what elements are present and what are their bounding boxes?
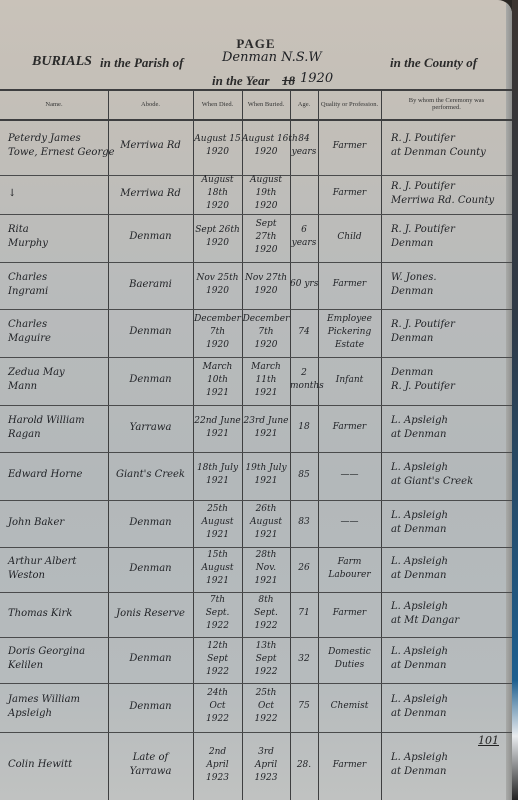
profession-line: Chemist (318, 701, 381, 711)
name-line: Kelilen (0, 660, 108, 671)
cell-abode: Giant's Creek (108, 452, 193, 500)
cell-ceremony: R. J. PoutiferDenman (381, 214, 512, 262)
profession-line: Farmer (318, 141, 381, 151)
burial-entry-row: Doris GeorginaKelilenDenman12thSept19221… (0, 637, 512, 683)
cell-ceremony: DenmanR. J. Poutifer (381, 357, 512, 405)
age-line: months (290, 381, 318, 391)
buried-line: 26th (242, 504, 290, 514)
profession-line: —— (318, 470, 381, 480)
cell-buried: December7th1920 (242, 309, 290, 357)
cell-abode: Jonis Reserve (108, 592, 193, 637)
age-line: years (290, 147, 318, 157)
age-line: 18 (290, 422, 318, 432)
ceremony-line: L. Apsleigh (381, 752, 512, 763)
ceremony-line: R. J. Poutifer (381, 133, 512, 144)
burial-entry-row: Harold WilliamRaganYarrawa22nd June19212… (0, 405, 512, 452)
cell-ceremony: L. Apsleighat Denman (381, 500, 512, 547)
profession-line: Farmer (318, 760, 381, 770)
died-line: 25th (193, 504, 242, 514)
abode-line: Merriwa Rd (108, 188, 193, 199)
cell-age: 83 (290, 500, 318, 547)
buried-line: April (242, 760, 290, 770)
profession-line: Child (318, 232, 381, 242)
year-label: in the Year (212, 73, 270, 89)
cell-age: 85 (290, 452, 318, 500)
name-line: Weston (0, 570, 108, 581)
died-line: Nov 25th (193, 273, 242, 283)
age-line: years (290, 238, 318, 248)
profession-line: —— (318, 517, 381, 527)
abode-line: Denman (108, 563, 193, 574)
buried-line: 1921 (242, 388, 290, 398)
burial-entry-row: CharlesMaguireDenmanDecember7th1920Decem… (0, 309, 512, 357)
cell-name: Thomas Kirk (0, 592, 108, 637)
cell-profession: —— (318, 452, 381, 500)
cell-profession: Farmer (318, 262, 381, 309)
abode-line: Baerami (108, 279, 193, 290)
name-line: Murphy (0, 238, 108, 249)
ceremony-line: R. J. Poutifer (381, 319, 512, 330)
died-line: 1921 (193, 576, 242, 586)
died-line: 7th (193, 327, 242, 337)
header-col-when-died: When Died. (193, 89, 242, 119)
buried-line: Oct (242, 701, 290, 711)
buried-line: 1921 (242, 476, 290, 486)
ceremony-line: Merriwa Rd. County (381, 195, 512, 206)
died-line: 1923 (193, 773, 242, 783)
name-line: Harold William (0, 415, 108, 426)
cell-profession: Farmer (318, 732, 381, 800)
buried-line: December (242, 314, 290, 324)
cell-abode: Denman (108, 214, 193, 262)
cell-buried: Nov 27th1920 (242, 262, 290, 309)
abode-line: Denman (108, 517, 193, 528)
cell-died: 7thSept.1922 (193, 592, 242, 637)
name-line: Thomas Kirk (0, 608, 108, 619)
name-line: James William (0, 694, 108, 705)
died-line: 1920 (193, 286, 242, 296)
cell-buried: 3rdApril1923 (242, 732, 290, 800)
ceremony-line: at Giant's Creek (381, 476, 512, 487)
profession-line: Farmer (318, 608, 381, 618)
cell-died: 2ndApril1923 (193, 732, 242, 800)
profession-line: Domestic (318, 647, 381, 657)
header-col-ceremony: By whom the Ceremony was performed. (381, 89, 512, 119)
ceremony-line: L. Apsleigh (381, 510, 512, 521)
cell-age: 60 yrs (290, 262, 318, 309)
died-line: 12th (193, 641, 242, 651)
age-line: 32 (290, 654, 318, 664)
cell-name: CharlesMaguire (0, 309, 108, 357)
name-line: Ragan (0, 429, 108, 440)
cell-profession: Farmer (318, 405, 381, 452)
age-line: 85 (290, 470, 318, 480)
cell-name: Harold WilliamRagan (0, 405, 108, 452)
cell-age: 28. (290, 732, 318, 800)
cell-buried: 19th July1921 (242, 452, 290, 500)
name-line: Arthur Albert (0, 556, 108, 567)
cell-abode: Yarrawa (108, 405, 193, 452)
died-line: 1920 (193, 340, 242, 350)
profession-line: Farmer (318, 422, 381, 432)
ceremony-line: R. J. Poutifer (381, 224, 512, 235)
cell-name: Arthur AlbertWeston (0, 547, 108, 592)
ceremony-line: Denman (381, 333, 512, 344)
cell-died: August 151920 (193, 119, 242, 175)
cell-ceremony: R. J. PoutiferDenman (381, 309, 512, 357)
ceremony-line: L. Apsleigh (381, 462, 512, 473)
buried-line: 1923 (242, 773, 290, 783)
cell-buried: 25thOct1922 (242, 683, 290, 732)
burial-entry-row: Edward HorneGiant's Creek18th July192119… (0, 452, 512, 500)
died-line: Oct (193, 701, 242, 711)
buried-line: 1921 (242, 576, 290, 586)
cell-ceremony: L. Apsleighat Denman (381, 405, 512, 452)
year-prefix-struck: 18 (282, 73, 295, 89)
cell-ceremony: L. Apsleighat Denman (381, 637, 512, 683)
died-line: March (193, 362, 242, 372)
died-line: December (193, 314, 242, 324)
ceremony-line: L. Apsleigh (381, 556, 512, 567)
burial-entry-row: CharlesIngramiBaeramiNov 25th1920Nov 27t… (0, 262, 512, 309)
profession-line: Employee (318, 314, 381, 324)
age-line: 83 (290, 517, 318, 527)
died-line: August (193, 175, 242, 185)
buried-line: 7th (242, 327, 290, 337)
age-line: 74 (290, 327, 318, 337)
burial-entry-row: RitaMurphyDenmanSept 26th1920Sept27th192… (0, 214, 512, 262)
profession-line: Farmer (318, 279, 381, 289)
cell-died: 12thSept1922 (193, 637, 242, 683)
cell-age: 84years (290, 119, 318, 175)
cell-abode: Denman (108, 637, 193, 683)
profession-line: Labourer (318, 570, 381, 580)
parish-label: in the Parish of (100, 55, 183, 71)
abode-line: Yarrawa (108, 766, 193, 777)
ceremony-line: at Denman (381, 766, 512, 777)
ceremony-line: L. Apsleigh (381, 646, 512, 657)
died-line: 18th July (193, 463, 242, 473)
buried-line: 1922 (242, 621, 290, 631)
burial-entry-row: Colin HewittLate ofYarrawa2ndApril19233r… (0, 732, 512, 800)
died-line: 1920 (193, 238, 242, 248)
burial-entry-row: Thomas KirkJonis Reserve7thSept.19228thS… (0, 592, 512, 637)
buried-line: August (242, 517, 290, 527)
abode-line: Jonis Reserve (108, 608, 193, 619)
died-line: Sept. (193, 608, 242, 618)
cell-abode: Denman (108, 547, 193, 592)
ceremony-line: at Denman County (381, 147, 512, 158)
abode-line: Denman (108, 701, 193, 712)
cell-profession: Farmer (318, 592, 381, 637)
died-line: 10th (193, 375, 242, 385)
name-line: Colin Hewitt (0, 759, 108, 770)
died-line: 18th (193, 188, 242, 198)
cell-buried: March11th1921 (242, 357, 290, 405)
cell-abode: Merriwa Rd (108, 119, 193, 175)
cell-abode: Merriwa Rd (108, 175, 193, 214)
page-number-handwritten: 101 (478, 734, 499, 747)
died-line: 22nd June (193, 416, 242, 426)
cell-abode: Denman (108, 500, 193, 547)
cell-died: March10th1921 (193, 357, 242, 405)
cell-buried: Sept27th1920 (242, 214, 290, 262)
ceremony-line: L. Apsleigh (381, 415, 512, 426)
burials-label: BURIALS (32, 54, 92, 70)
name-line: Apsleigh (0, 708, 108, 719)
burial-entry-row: James WilliamApsleighDenman24thOct192225… (0, 683, 512, 732)
cell-age: 75 (290, 683, 318, 732)
cell-died: 25thAugust1921 (193, 500, 242, 547)
buried-line: 19th (242, 188, 290, 198)
abode-line: Denman (108, 326, 193, 337)
ceremony-line: L. Apsleigh (381, 694, 512, 705)
cell-ceremony: L. Apsleighat Mt Dangar (381, 592, 512, 637)
died-line: 1921 (193, 388, 242, 398)
buried-line: August 16th (242, 134, 290, 144)
cell-died: Nov 25th1920 (193, 262, 242, 309)
cell-abode: Late ofYarrawa (108, 732, 193, 800)
cell-died: December7th1920 (193, 309, 242, 357)
burial-entry-row: Arthur AlbertWestonDenman15thAugust19212… (0, 547, 512, 592)
buried-line: 19th July (242, 463, 290, 473)
name-line: Charles (0, 319, 108, 330)
header-parish-line: BURIALS in the Parish of Denman N.S.W in… (0, 52, 512, 72)
cell-buried: August 16th1920 (242, 119, 290, 175)
parish-handwritten: Denman N.S.W (222, 50, 322, 65)
cell-buried: 26thAugust1921 (242, 500, 290, 547)
name-line: Ingrami (0, 286, 108, 297)
buried-line: 3rd (242, 747, 290, 757)
died-line: August (193, 517, 242, 527)
cell-abode: Denman (108, 309, 193, 357)
cell-ceremony: R. J. Poutiferat Denman County (381, 119, 512, 175)
profession-line: Duties (318, 660, 381, 670)
burial-entry-row: Zedua MayMannDenmanMarch10th1921March11t… (0, 357, 512, 405)
name-line: Edward Horne (0, 469, 108, 480)
cell-buried: August19th1920 (242, 175, 290, 214)
buried-line: Nov 27th (242, 273, 290, 283)
burial-register-table: Name.Abode.When Died.When Buried.Age.Qua… (0, 89, 512, 800)
profession-line: Pickering (318, 327, 381, 337)
name-line: Doris Georgina (0, 646, 108, 657)
died-line: Sept 26th (193, 225, 242, 235)
cell-profession: Child (318, 214, 381, 262)
cell-died: 18th July1921 (193, 452, 242, 500)
register-page: PAGE BURIALS in the Parish of Denman N.S… (0, 0, 512, 800)
cell-name: James WilliamApsleigh (0, 683, 108, 732)
cell-ceremony: L. Apsleighat Denman (381, 547, 512, 592)
buried-line: 1922 (242, 667, 290, 677)
buried-line: Nov. (242, 563, 290, 573)
died-line: 15th (193, 550, 242, 560)
buried-line: 1920 (242, 147, 290, 157)
buried-line: 23rd June (242, 416, 290, 426)
buried-line: March (242, 362, 290, 372)
name-line: Towe, Ernest George (0, 147, 108, 158)
cell-age: 2months (290, 357, 318, 405)
name-line: Maguire (0, 333, 108, 344)
buried-line: 11th (242, 375, 290, 385)
header-col-name: Name. (0, 89, 108, 119)
cell-died: 15thAugust1921 (193, 547, 242, 592)
buried-line: 1920 (242, 245, 290, 255)
cell-buried: 13thSept1922 (242, 637, 290, 683)
burial-entry-row: John BakerDenman25thAugust192126thAugust… (0, 500, 512, 547)
ceremony-line: at Mt Dangar (381, 615, 512, 626)
cell-abode: Baerami (108, 262, 193, 309)
cell-profession: Infant (318, 357, 381, 405)
profession-line: Infant (318, 375, 381, 385)
cell-profession: —— (318, 500, 381, 547)
header-col-when-buried: When Buried. (242, 89, 290, 119)
profession-line: Estate (318, 340, 381, 350)
ceremony-line: W. Jones. (381, 272, 512, 283)
buried-line: Sept (242, 219, 290, 229)
cell-buried: 28thNov.1921 (242, 547, 290, 592)
ceremony-line: Denman (381, 238, 512, 249)
buried-line: 1921 (242, 429, 290, 439)
buried-line: Sept (242, 654, 290, 664)
cell-abode: Denman (108, 683, 193, 732)
died-line: 1922 (193, 621, 242, 631)
cell-profession: DomesticDuties (318, 637, 381, 683)
ceremony-line: at Denman (381, 708, 512, 719)
name-line: John Baker (0, 517, 108, 528)
cell-name: CharlesIngrami (0, 262, 108, 309)
cell-name: Edward Horne (0, 452, 108, 500)
profession-line: Farmer (318, 188, 381, 198)
died-line: April (193, 760, 242, 770)
abode-line: Denman (108, 653, 193, 664)
cell-age: 18 (290, 405, 318, 452)
ceremony-line: Denman (381, 286, 512, 297)
name-line: Zedua May (0, 367, 108, 378)
cell-name: Doris GeorginaKelilen (0, 637, 108, 683)
age-line: 2 (290, 368, 318, 378)
cell-name: Zedua MayMann (0, 357, 108, 405)
died-line: 1921 (193, 476, 242, 486)
buried-line: Sept. (242, 608, 290, 618)
burial-entry-row: Peterdy JamesTowe, Ernest GeorgeMerriwa … (0, 119, 512, 175)
cell-ceremony: R. J. PoutiferMerriwa Rd. County (381, 175, 512, 214)
cell-age (290, 175, 318, 214)
cell-died: Sept 26th1920 (193, 214, 242, 262)
ceremony-line: at Denman (381, 570, 512, 581)
county-label: in the County of (390, 55, 477, 71)
header-col-abode: Abode. (108, 89, 193, 119)
died-line: 2nd (193, 747, 242, 757)
buried-line: 1920 (242, 201, 290, 211)
buried-line: 1921 (242, 530, 290, 540)
ceremony-line: Denman (381, 367, 512, 378)
book-edge (512, 0, 518, 800)
age-line: 6 (290, 225, 318, 235)
buried-line: August (242, 175, 290, 185)
abode-line: Denman (108, 374, 193, 385)
ceremony-line: R. J. Poutifer (381, 381, 512, 392)
age-line: 26 (290, 563, 318, 573)
age-line: 71 (290, 608, 318, 618)
buried-line: 1920 (242, 340, 290, 350)
cell-age: 26 (290, 547, 318, 592)
cell-ceremony: W. Jones.Denman (381, 262, 512, 309)
died-line: 1922 (193, 667, 242, 677)
cell-profession: FarmLabourer (318, 547, 381, 592)
died-line: 1921 (193, 530, 242, 540)
cell-name: Colin Hewitt (0, 732, 108, 800)
died-line: 1920 (193, 201, 242, 211)
cell-buried: 23rd June1921 (242, 405, 290, 452)
cell-profession: Farmer (318, 119, 381, 175)
buried-line: 1922 (242, 714, 290, 724)
year-handwritten: 1920 (300, 71, 333, 86)
buried-line: 8th (242, 595, 290, 605)
cell-ceremony: L. Apsleighat Denman (381, 683, 512, 732)
cell-name: ↓ (0, 175, 108, 214)
cell-died: 24thOct1922 (193, 683, 242, 732)
cell-name: Peterdy JamesTowe, Ernest George (0, 119, 108, 175)
cell-died: 22nd June1921 (193, 405, 242, 452)
died-line: August (193, 563, 242, 573)
age-line: 75 (290, 701, 318, 711)
cell-age: 74 (290, 309, 318, 357)
cell-abode: Denman (108, 357, 193, 405)
ceremony-line: L. Apsleigh (381, 601, 512, 612)
abode-line: Giant's Creek (108, 469, 193, 480)
died-line: 24th (193, 688, 242, 698)
buried-line: 28th (242, 550, 290, 560)
ceremony-line: at Denman (381, 660, 512, 671)
cell-died: August18th1920 (193, 175, 242, 214)
ceremony-line: R. J. Poutifer (381, 181, 512, 192)
header-col-profession: Quality or Profession. (318, 89, 381, 119)
burial-entry-row: ↓Merriwa RdAugust18th1920August19th1920F… (0, 175, 512, 214)
profession-line: Farm (318, 557, 381, 567)
cell-name: RitaMurphy (0, 214, 108, 262)
age-line: 84 (290, 134, 318, 144)
buried-line: 25th (242, 688, 290, 698)
cell-age: 71 (290, 592, 318, 637)
cell-ceremony: L. Apsleighat Giant's Creek (381, 452, 512, 500)
abode-line: Denman (108, 231, 193, 242)
ceremony-line: at Denman (381, 524, 512, 535)
ceremony-line: at Denman (381, 429, 512, 440)
abode-line: Late of (108, 752, 193, 763)
cell-name: John Baker (0, 500, 108, 547)
died-line: 7th (193, 595, 242, 605)
cell-profession: EmployeePickeringEstate (318, 309, 381, 357)
header-col-age: Age. (290, 89, 318, 119)
age-line: 60 yrs (290, 279, 318, 289)
cell-buried: 8thSept.1922 (242, 592, 290, 637)
name-line: Charles (0, 272, 108, 283)
died-line: 1920 (193, 147, 242, 157)
died-line: Sept (193, 654, 242, 664)
cell-age: 6years (290, 214, 318, 262)
cell-profession: Farmer (318, 175, 381, 214)
abode-line: Merriwa Rd (108, 140, 193, 151)
cell-profession: Chemist (318, 683, 381, 732)
died-line: 1921 (193, 429, 242, 439)
buried-line: 13th (242, 641, 290, 651)
died-line: August 15 (193, 134, 242, 144)
cell-age: 32 (290, 637, 318, 683)
name-line: Mann (0, 381, 108, 392)
name-line: ↓ (0, 188, 108, 199)
name-line: Peterdy James (0, 133, 108, 144)
buried-line: 1920 (242, 286, 290, 296)
